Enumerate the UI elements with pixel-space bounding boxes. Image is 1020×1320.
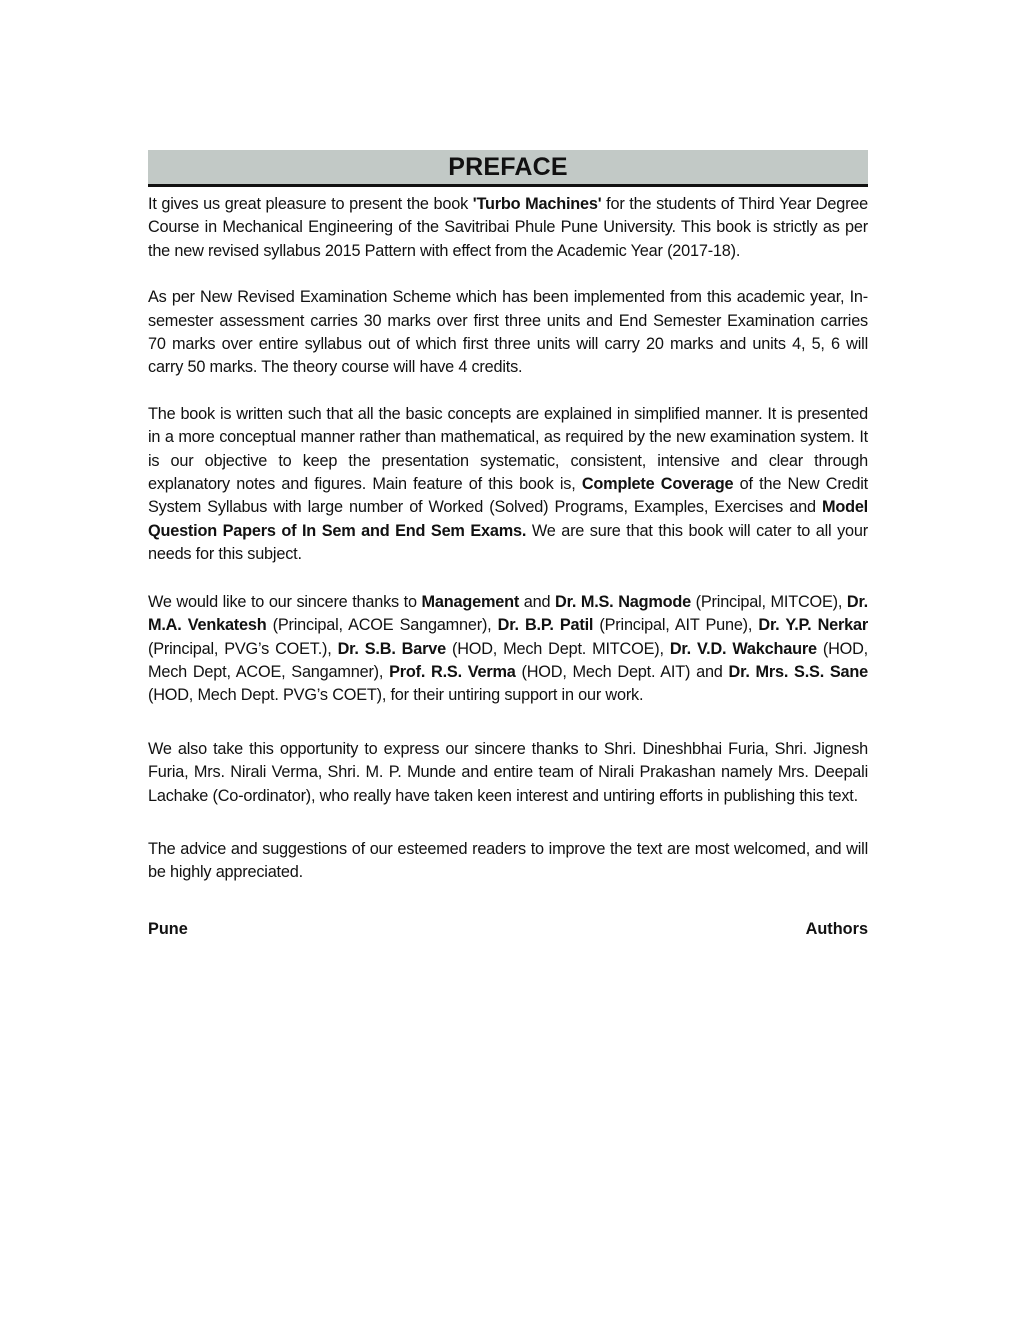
paragraph-intro: It gives us great pleasure to present th… — [148, 193, 868, 263]
signature-authors: Authors — [806, 920, 868, 939]
text-segment: (Principal, MITCOE), — [691, 593, 847, 611]
paragraph-reader-feedback: The advice and suggestions of our esteem… — [148, 838, 868, 885]
preface-title-bar: PREFACE — [148, 150, 868, 187]
bold-text: 'Turbo Machines' — [473, 195, 602, 213]
paragraph-exam-scheme: As per New Revised Examination Scheme wh… — [148, 286, 868, 380]
paragraph-book-features: The book is written such that all the ba… — [148, 403, 868, 567]
signature-place: Pune — [148, 920, 188, 939]
text-segment: (Principal, PVG’s COET.), — [148, 640, 338, 658]
signature-line: Pune Authors — [148, 920, 868, 939]
bold-text: Complete Coverage — [582, 475, 734, 493]
bold-text: Dr. S.B. Barve — [338, 640, 446, 658]
bold-text: Prof. R.S. Verma — [389, 663, 516, 681]
paragraph-acknowledgements: We would like to our sincere thanks to M… — [148, 591, 868, 708]
text-segment: (HOD, Mech Dept. AIT) and — [516, 663, 729, 681]
text-segment: (HOD, Mech Dept. PVG’s COET), for their … — [148, 686, 643, 704]
bold-text: Management — [422, 593, 520, 611]
text-segment: and — [519, 593, 555, 611]
text-segment: (Principal, ACOE Sangamner), — [266, 616, 497, 634]
text-segment: It gives us great pleasure to present th… — [148, 195, 473, 213]
bold-text: Dr. V.D. Wakchaure — [670, 640, 817, 658]
text-segment: (Principal, AIT Pune), — [593, 616, 758, 634]
text-segment: As per New Revised Examination Scheme wh… — [148, 288, 868, 376]
bold-text: Dr. Mrs. S.S. Sane — [729, 663, 868, 681]
bold-text: Dr. M.S. Nagmode — [555, 593, 691, 611]
text-segment: We also take this opportunity to express… — [148, 740, 868, 805]
page-title: PREFACE — [448, 153, 567, 182]
bold-text: Dr. Y.P. Nerkar — [758, 616, 868, 634]
paragraph-publisher-thanks: We also take this opportunity to express… — [148, 738, 868, 808]
text-segment: (HOD, Mech Dept. MITCOE), — [446, 640, 670, 658]
text-segment: We would like to our sincere thanks to — [148, 593, 422, 611]
text-segment: The advice and suggestions of our esteem… — [148, 840, 868, 881]
preface-page: PREFACE It gives us great pleasure to pr… — [148, 150, 868, 939]
bold-text: Dr. B.P. Patil — [498, 616, 594, 634]
